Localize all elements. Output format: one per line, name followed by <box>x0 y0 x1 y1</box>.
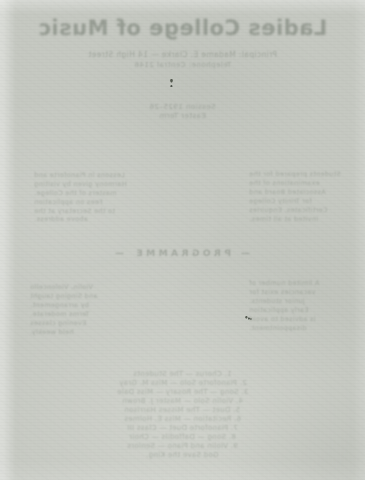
ink-speck <box>170 79 173 87</box>
ghost-column-line: disappointment. <box>249 324 307 332</box>
ghost-column-line: is advised to avoid <box>249 315 316 323</box>
ghost-session-line: Easter Term <box>0 112 365 120</box>
ghost-footer-line: 7. Pianoforte Duet — Class III <box>0 424 365 433</box>
ghost-footer-line: 3. Song — The Rosary — Miss Dale <box>0 388 365 397</box>
ghost-column-line: Harmony given by visiting <box>34 180 127 188</box>
ghost-footer-line: 4. Violin Solo — Master J. Brown <box>0 397 365 406</box>
ghost-column-line: vacancies exist for <box>249 288 316 296</box>
ghost-footer-line: 5. Duet — The Misses Harrison <box>0 406 365 415</box>
ghost-column-line: for Trinity College <box>249 197 312 205</box>
ghost-footer-line: 6. Recitation — Miss E. Holmes <box>0 415 365 424</box>
ghost-column-line: examinations of the <box>249 179 320 187</box>
ghost-column-line: by arrangement. <box>30 301 89 309</box>
ghost-footer-line: 1. Chorus — The Students <box>0 370 365 379</box>
ghost-footer-line: 2. Pianoforte Solo — Miss M. Gray <box>0 379 365 388</box>
ghost-subtitle-line: Telephone: Central 2146 <box>0 61 365 69</box>
ghost-column-line: junior students. <box>249 297 305 305</box>
ghost-subtitle-line: Principal: Madame E. Clarke — 14 High St… <box>0 51 365 59</box>
ghost-column-line: masters of the College. <box>34 189 117 197</box>
ghost-column-line: Associated Board and <box>249 188 326 196</box>
ghost-column-line: Fees on application <box>34 198 103 206</box>
ghost-column-line: held weekly. <box>30 328 74 336</box>
ghost-column-line: Violin, Violoncello <box>30 283 93 291</box>
ghost-session-line: Session 1925–26 <box>0 103 365 111</box>
ghost-footer-line: 9. Violin and Piano — Seniors <box>0 442 365 451</box>
ghost-footer-line: God Save the King. <box>0 451 365 460</box>
ghost-column-line: and Singing taught <box>30 292 97 300</box>
ghost-column-line: A limited number of <box>249 279 319 287</box>
ghost-column-line: Lessons in Pianoforte and <box>34 171 125 179</box>
ghost-column-line: Certificates. Enquiries <box>249 206 327 214</box>
ghost-column-line: invited at all times. <box>249 215 318 223</box>
scanned-page: Ladies College of Music Principal: Madam… <box>0 0 365 480</box>
ghost-column-line: Evening classes <box>30 319 86 327</box>
ghost-column-line: Early application <box>249 306 308 314</box>
ghost-section-heading: —PROGRAMME— <box>0 250 365 258</box>
ghost-title: Ladies College of Music <box>0 15 365 41</box>
ghost-column-line: above address. <box>34 215 88 223</box>
ghost-footer-line: 8. Song — Daffodils — Choir <box>0 433 365 442</box>
ghost-column-line: Terms moderate. <box>30 310 89 318</box>
ghost-column-line: to the Secretary at the <box>34 207 115 215</box>
ghost-column-line: Students prepared for the <box>249 170 341 178</box>
